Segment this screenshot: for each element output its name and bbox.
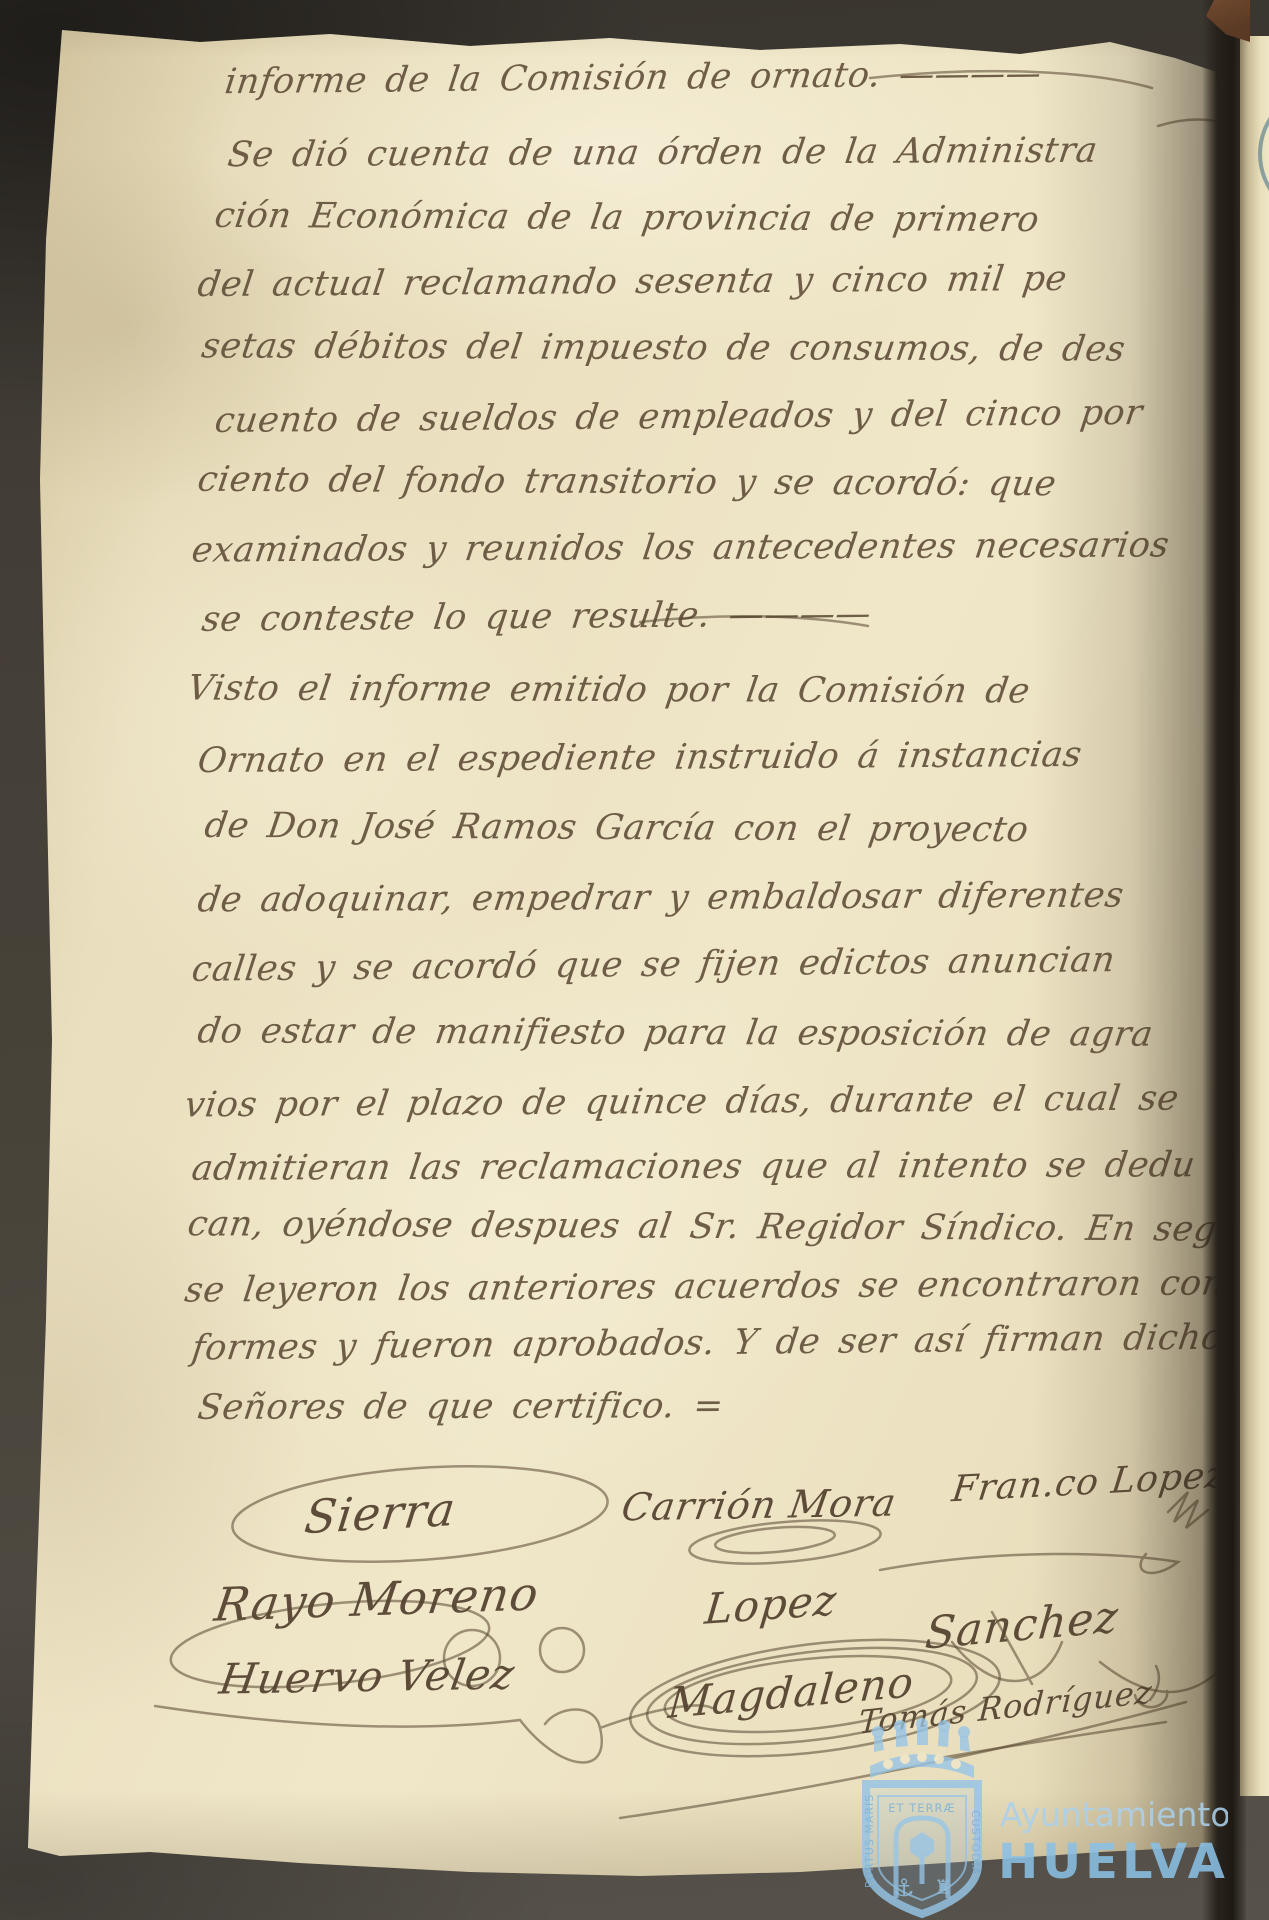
signature-sierra: Sierra [304, 1482, 457, 1544]
handwritten-line-12: de Don José Ramos García con el proyecto [205, 806, 1029, 850]
handwritten-line-4: del actual reclamando sesenta y cinco mi… [198, 259, 1067, 305]
signature-huervo-velez: Huervo Velez [220, 1649, 516, 1703]
signature-francisco-lopez: Fran.co Lopez [951, 1455, 1226, 1510]
signature-rayo-moreno: Rayo Moreno [214, 1566, 539, 1631]
archive-photo: informe de la Comisión de ornato. ———— S… [0, 0, 1269, 1920]
handwritten-line-19: se leyeron los anteriores acuerdos se en… [185, 1263, 1225, 1310]
handwritten-line-8: examinados y reunidos los antecedentes n… [192, 525, 1169, 570]
signature-carrion-mora: Carrión Mora [622, 1481, 897, 1530]
rayo-loop-2 [540, 1628, 584, 1672]
handwritten-line-10: Visto el informe emitido por la Comisión… [188, 669, 1030, 712]
handwritten-line-20: formes y fueron aprobados. Y de ser así … [192, 1318, 1242, 1369]
carrion-coil-inner [714, 1523, 836, 1557]
anchor-icon: ⚓ [893, 1874, 915, 1902]
handwritten-line-5: setas débitos del impuesto de consumos, … [202, 326, 1125, 369]
handwritten-line-14: calles y se acordó que se fijen edictos … [192, 940, 1115, 990]
handwritten-line-3: ción Económica de la provincia de primer… [215, 196, 1039, 240]
manuscript-page: informe de la Comisión de ornato. ———— S… [0, 0, 1269, 1920]
tower-icon: ♜ [934, 1875, 952, 1899]
circular-ink-stamp-icon [1240, 36, 1269, 1796]
page-bottom-shade [0, 1790, 1269, 1920]
handwritten-line-9: se conteste lo que resulte. ———— [202, 594, 871, 640]
signature-lopez: Lopez [703, 1575, 838, 1633]
handwritten-line-1: informe de la Comisión de ornato. ———— [225, 54, 1042, 103]
huervo-underline-rubric [155, 1705, 712, 1762]
lopez-underline-rubric [880, 1554, 1178, 1573]
handwritten-line-13: de adoquinar, empedrar y embaldosar dife… [198, 876, 1124, 921]
handwritten-line-7: ciento del fondo transitorio y se acordó… [198, 460, 1056, 504]
handwritten-line-18: can, oyéndose despues al Sr. Regidor Sín… [188, 1204, 1252, 1250]
adjacent-page-edge [1240, 36, 1269, 1796]
handwritten-line-6: cuento de sueldos de empleados y del cin… [215, 393, 1143, 441]
handwritten-line-2: Se dió cuenta de una órden de la Adminis… [228, 131, 1098, 176]
signature-sanchez: Sanchez [923, 1592, 1121, 1660]
handwritten-line-16: vios por el plazo de quince días, durant… [185, 1079, 1179, 1126]
handwritten-line-17: admitieran las reclamaciones que al inte… [192, 1145, 1195, 1189]
handwritten-line-11: Ornato en el espediente instruido á inst… [198, 735, 1082, 781]
handwritten-line-21: Señores de que certifico. = [198, 1386, 724, 1428]
handwritten-line-15: do estar de manifiesto para la esposició… [198, 1011, 1153, 1054]
